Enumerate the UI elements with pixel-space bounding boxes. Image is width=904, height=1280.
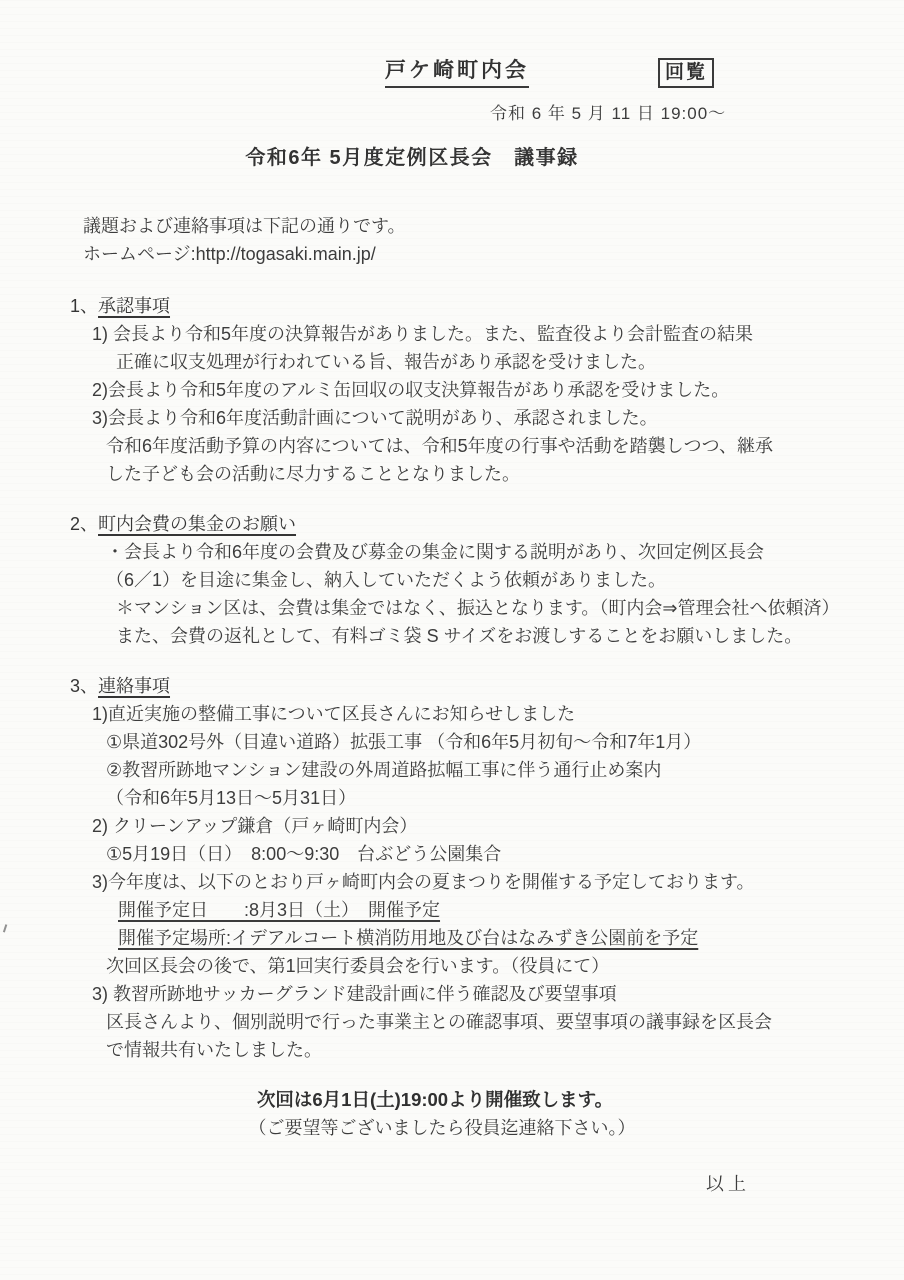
section-number: 1、 bbox=[70, 296, 98, 316]
sections-container: 1、承認事項1) 会長より令和5年度の決算報告がありました。また、監査役より会計… bbox=[70, 292, 844, 1064]
document-line: （6／1）を目途に集金し、納入していただくよう依頼がありました。 bbox=[106, 566, 844, 594]
homepage-url: http://togasaki.main.jp/ bbox=[196, 244, 376, 264]
next-meeting-notice: 次回は6月1日(土)19:00より開催致します。 bbox=[70, 1086, 800, 1114]
document-line: で情報共有いたしました。 bbox=[106, 1036, 844, 1064]
document-line: した子ども会の活動に尽力することとなりました。 bbox=[106, 460, 844, 488]
document-line: また、会費の返礼として、有料ゴミ袋 S サイズをお渡しすることをお願いしました。 bbox=[116, 622, 844, 650]
document-line: 1)直近実施の整備工事について区長さんにお知らせしました bbox=[92, 700, 844, 728]
section: 3、連絡事項1)直近実施の整備工事について区長さんにお知らせしました①県道302… bbox=[70, 672, 844, 1064]
homepage-label: ホームページ: bbox=[83, 244, 196, 264]
scan-artifact bbox=[3, 924, 11, 933]
document-line: 3)会長より令和6年度活動計画について説明があり、承認されました。 bbox=[92, 404, 844, 432]
contact-note: （ご要望等ございましたら役員迄連絡下さい。） bbox=[70, 1114, 814, 1142]
section-number: 2、 bbox=[70, 514, 98, 534]
document-line: 開催予定日 :8月3日（土） 開催予定 bbox=[118, 896, 844, 924]
section-heading: 2、町内会費の集金のお願い bbox=[70, 510, 844, 538]
document-line: 区長さんより、個別説明で行った事業主との確認事項、要望事項の議事録を区長会 bbox=[106, 1008, 844, 1036]
section-title: 連絡事項 bbox=[98, 676, 170, 696]
section-number: 3、 bbox=[70, 676, 98, 696]
document-title: 令和6年 5月度定例区長会 議事録 bbox=[70, 144, 754, 172]
section-title: 町内会費の集金のお願い bbox=[98, 514, 296, 534]
document-line: 正確に収支処理が行われている旨、報告があり承認を受けました。 bbox=[116, 348, 844, 376]
circulation-stamp: 回覧 bbox=[658, 58, 714, 88]
document-line: ＊マンション区は、会費は集金ではなく、振込となります。（町内会⇒管理会社へ依頼済… bbox=[116, 594, 844, 622]
document-line: （令和6年5月13日～5月31日） bbox=[106, 784, 844, 812]
document-line: 3) 教習所跡地サッカーグランド建設計画に伴う確認及び要望事項 bbox=[92, 980, 844, 1008]
intro-line: 議題および連絡事項は下記の通りです。 bbox=[83, 212, 844, 240]
section-heading: 1、承認事項 bbox=[70, 292, 844, 320]
section-title: 承認事項 bbox=[98, 296, 170, 316]
document-line: 開催予定場所:イデアルコート横消防用地及び台はなみずき公園前を予定 bbox=[118, 924, 844, 952]
document-line: ①5月19日（日） 8:00～9:30 台ぶどう公園集合 bbox=[106, 840, 844, 868]
closing-label: 以上 bbox=[70, 1170, 750, 1198]
document-line: ①県道302号外（目違い道路）拡張工事 （令和6年5月初旬～令和7年1月） bbox=[106, 728, 844, 756]
homepage-line: ホームページ:http://togasaki.main.jp/ bbox=[83, 240, 844, 268]
intro-block: 議題および連絡事項は下記の通りです。 ホームページ:http://togasak… bbox=[83, 212, 844, 268]
org-name: 戸ケ崎町内会 bbox=[385, 58, 529, 88]
document-footer: 次回は6月1日(土)19:00より開催致します。 （ご要望等ございましたら役員迄… bbox=[70, 1086, 844, 1198]
section-heading: 3、連絡事項 bbox=[70, 672, 844, 700]
document-line: 3)今年度は、以下のとおり戸ヶ崎町内会の夏まつりを開催する予定しております。 bbox=[92, 868, 844, 896]
document-header: 戸ケ崎町内会 回覧 bbox=[70, 58, 844, 88]
section: 2、町内会費の集金のお願い・会長より令和6年度の会費及び募金の集金に関する説明が… bbox=[70, 510, 844, 650]
section: 1、承認事項1) 会長より令和5年度の決算報告がありました。また、監査役より会計… bbox=[70, 292, 844, 488]
document-line: 次回区長会の後で、第1回実行委員会を行います。（役員にて） bbox=[106, 952, 844, 980]
document-line: ・会長より令和6年度の会費及び募金の集金に関する説明があり、次回定例区長会 bbox=[106, 538, 844, 566]
document-line: 2) クリーンアップ鎌倉（戸ヶ崎町内会） bbox=[92, 812, 844, 840]
document-line: 1) 会長より令和5年度の決算報告がありました。また、監査役より会計監査の結果 bbox=[92, 320, 844, 348]
document-line: 2)会長より令和5年度のアルミ缶回収の収支決算報告があり承認を受けました。 bbox=[92, 376, 844, 404]
document-page: 戸ケ崎町内会 回覧 令和 6 年 5 月 11 日 19:00～ 令和6年 5月… bbox=[0, 0, 904, 1280]
document-line: ②教習所跡地マンション建設の外周道路拡幅工事に伴う通行止め案内 bbox=[106, 756, 844, 784]
document-line: 令和6年度活動予算の内容については、令和5年度の行事や活動を踏襲しつつ、継承 bbox=[106, 432, 844, 460]
meeting-datetime: 令和 6 年 5 月 11 日 19:00～ bbox=[490, 100, 844, 128]
